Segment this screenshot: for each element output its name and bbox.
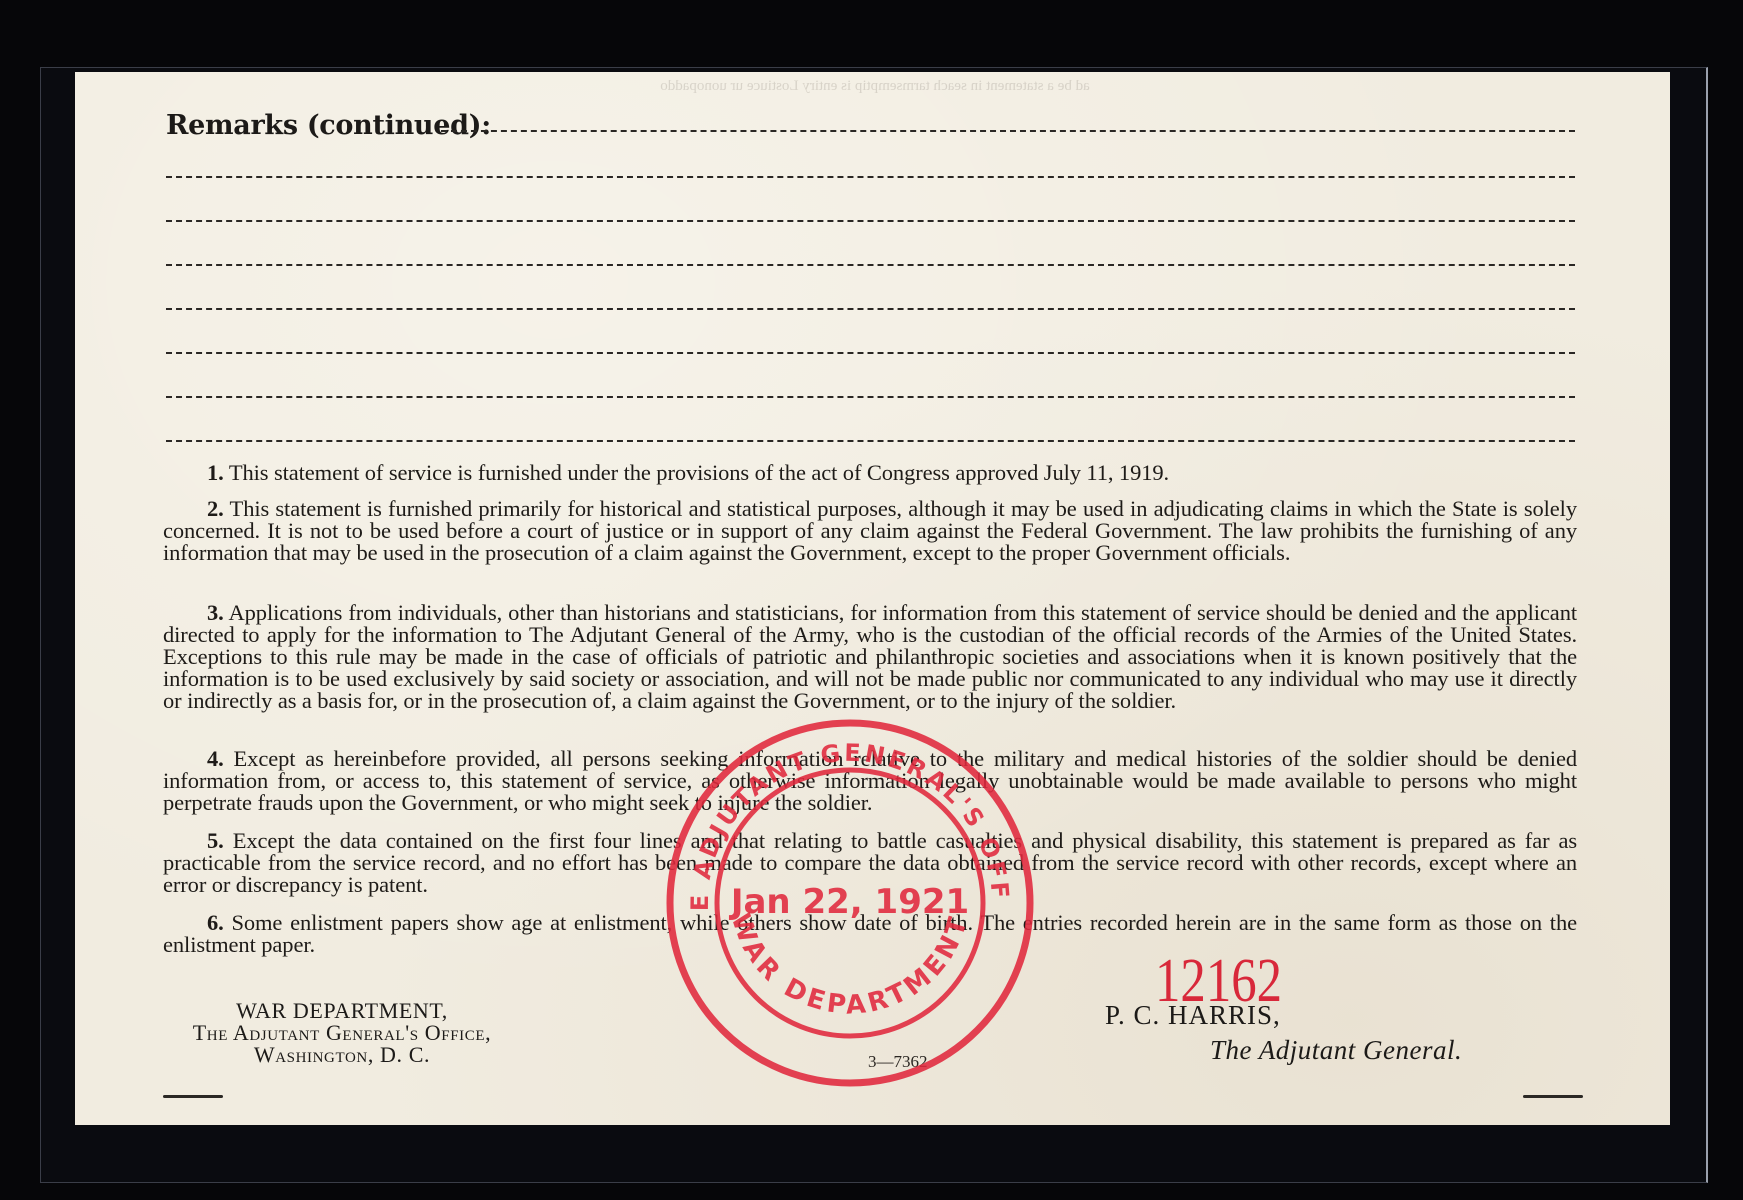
remarks-line [166, 352, 1575, 354]
remarks-line [166, 176, 1575, 178]
statement-of-service-back: ad be a statement in seach tarmsemptip i… [75, 72, 1670, 1125]
issuer-department: WAR DEPARTMENT, [147, 1000, 537, 1022]
scan-background: ad be a statement in seach tarmsemptip i… [0, 0, 1743, 1200]
paragraph-text: Except the data contained on the first f… [163, 828, 1577, 897]
issuer-office: The Adjutant General's Office, [147, 1022, 537, 1044]
paragraph-1: 1. This statement of service is furnishe… [163, 462, 1577, 484]
issuer-block: WAR DEPARTMENT, The Adjutant General's O… [147, 1000, 537, 1066]
form-number: 3—7362 [868, 1052, 928, 1072]
remarks-label: Remarks (continued): [166, 110, 491, 141]
paragraph-number: 1. [207, 460, 224, 485]
bleed-through-text: ad be a statement in seach tarmsemptip i… [165, 78, 1585, 95]
signatory-title: The Adjutant General. [1210, 1035, 1462, 1066]
paragraph-text: Applications from individuals, other tha… [163, 600, 1577, 713]
paragraph-3: 3. Applications from individuals, other … [163, 602, 1577, 712]
paragraph-text: This statement is furnished primarily fo… [163, 496, 1577, 565]
paragraph-text: Some enlistment papers show age at enlis… [163, 910, 1577, 957]
paragraph-text: This statement of service is furnished u… [229, 460, 1169, 485]
corner-rule-left [163, 1095, 223, 1098]
paragraph-5: 5. Except the data contained on the firs… [163, 830, 1577, 896]
paragraph-text: Except as hereinbefore provided, all per… [163, 746, 1577, 815]
paragraph-4: 4. Except as hereinbefore provided, all … [163, 748, 1577, 814]
remarks-line [441, 130, 1575, 132]
remarks-line [166, 264, 1575, 266]
remarks-line [166, 220, 1575, 222]
remarks-line [166, 440, 1575, 442]
signatory-name: P. C. HARRIS, [1105, 1000, 1281, 1031]
corner-rule-right [1523, 1095, 1583, 1098]
paragraph-6: 6. Some enlistment papers show age at en… [163, 912, 1577, 956]
remarks-line [166, 396, 1575, 398]
paragraph-2: 2. This statement is furnished primarily… [163, 498, 1577, 564]
issuer-location: Washington, D. C. [147, 1044, 537, 1066]
remarks-line [166, 308, 1575, 310]
